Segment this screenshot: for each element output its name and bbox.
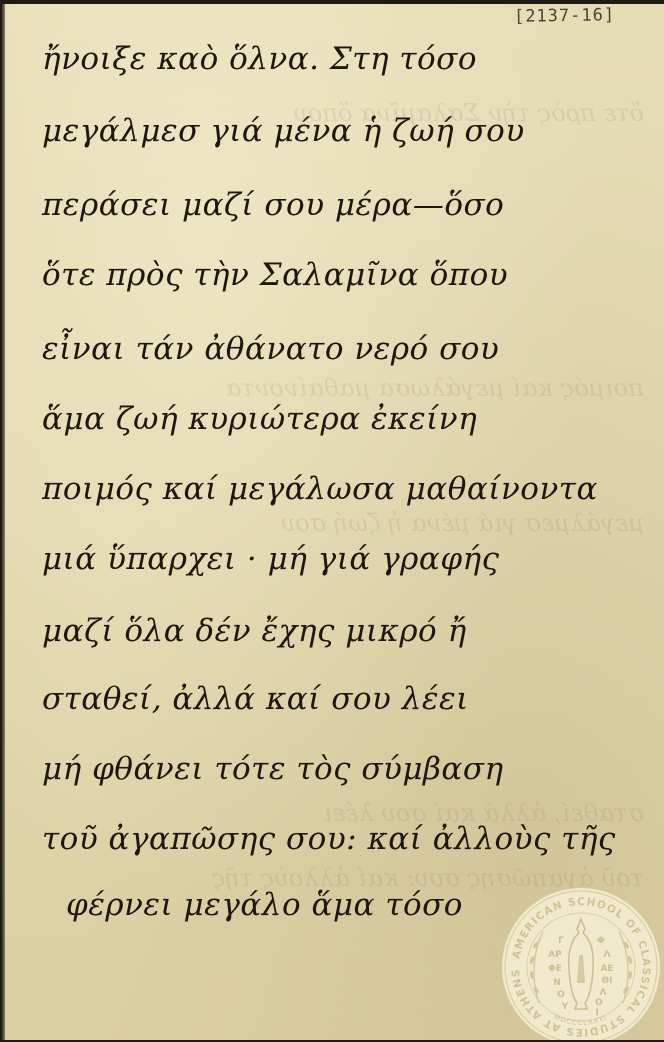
handwritten-line: μεγάλμεσ γιά μένα ἡ ζωή σου [42,116,525,147]
seal-letter: Λ [600,988,607,998]
seal-letter: Λ [604,950,611,960]
seal-letter: ΦΕ [548,964,562,974]
handwritten-line: περάσει μαζί σου μέρα—ὅσο [42,190,504,221]
handwritten-line: ἅμα ζωή κυριώτερα ἐκείνη [42,404,477,435]
archive-reference: [2137-16] [514,5,615,27]
seal-letter: Γ [558,936,564,946]
seal-letter: Ν [553,978,561,988]
handwritten-line: ποιμός καί μεγάλωσα μαθαίνοντα [42,474,598,505]
bleed-through-text: ποιμός καί μεγάλωσα μαθαίνοντα [42,374,644,400]
handwritten-line: εἶναι τάν ἀθάνατο νερό σου [42,334,499,365]
letter-page: [2137-16] ὅτε πρὸς τὴν Σαλαμῖνα ὅπου ποι… [2,4,664,1040]
handwritten-line: φέρνει μεγάλο ἅμα τόσο [66,890,463,921]
handwritten-line: μαζί ὅλα δέν ἔχης μικρό ἤ [42,616,467,647]
seal-letter: Φ [597,936,605,946]
handwritten-line: μή φθάνει τότε τὸς σύμβαση [42,754,504,785]
seal-letter: ΘΙ [602,976,613,986]
handwritten-line: ὅτε πρὸς τὴν Σαλαμῖνα ὅπου [42,260,508,291]
seal-letter: Ο [557,990,565,1000]
seal-letter: Υ [561,1002,569,1012]
bleed-through-text: μεγάλμεσ γιά μένα ἡ ζωή σου [42,509,644,535]
seal-letter: ΑΕ [600,964,613,974]
seal-letter: Ο [595,998,603,1008]
handwritten-line: τοῦ ἀγαπῶσης σου: καί ἀλλοὺς τῆς [42,824,616,855]
handwritten-line: μιά ὕπαρχει · μή γιά γραφής [42,544,499,575]
handwritten-line: ἤνοιξε καὸ ὅλνα. Στη τόσο [42,44,477,75]
seal-letter: Ι [595,1008,598,1018]
page-edge [2,4,5,1040]
seal-letter: ΑΡ [548,950,562,960]
institution-seal-icon: AMERICAN SCHOOL OF CLASSICAL STUDIES AT … [499,885,663,1040]
handwritten-line: σταθεί, ἀλλά καί σου λέει [42,684,469,715]
